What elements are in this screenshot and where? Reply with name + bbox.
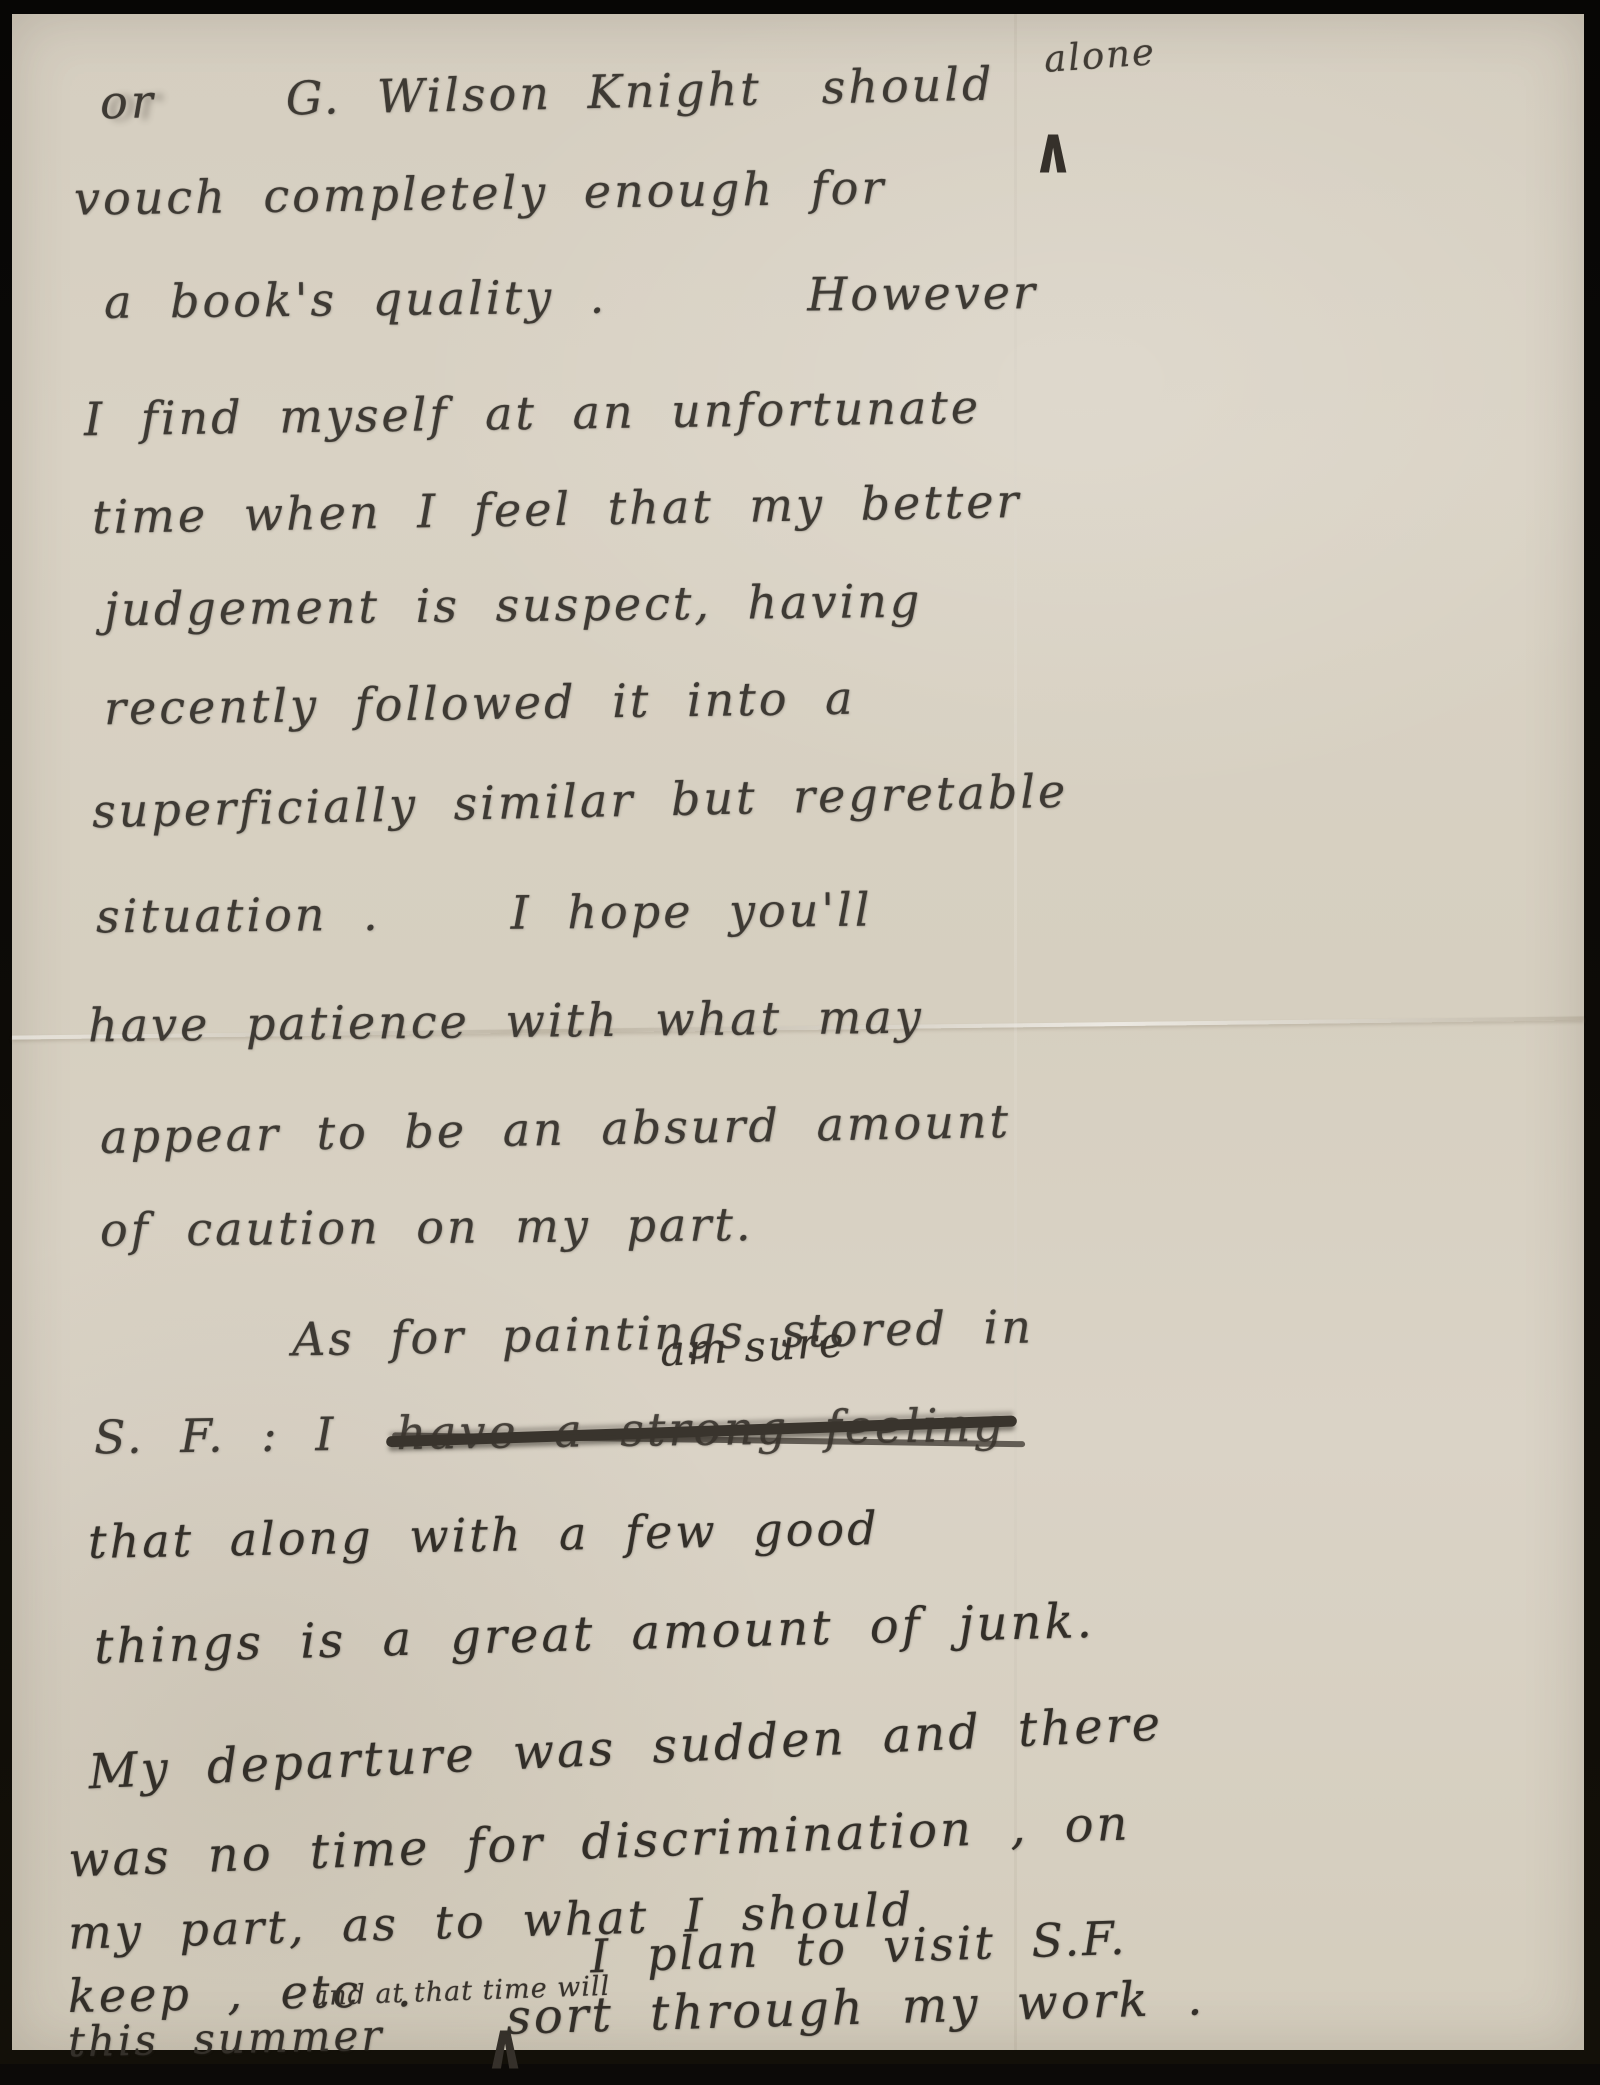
word-or: or	[100, 74, 157, 129]
letter-line: time when I feel that my better	[92, 474, 1022, 544]
word-however: However	[807, 265, 1038, 321]
line-text: S. F. : I	[94, 1407, 337, 1464]
scan-background: orG. Wilson Knightshould alone ∧ vouch c…	[0, 0, 1600, 2064]
letter-line: a book's quality .However	[104, 265, 1038, 329]
letter-line: have patience with what may	[88, 990, 924, 1053]
letter-line: that along with a few good	[88, 1501, 880, 1569]
letter-line: I find myself at an unfortunate	[84, 380, 982, 447]
line-text: a book's quality .	[104, 270, 608, 329]
letter-line: superficially similar but regretable	[92, 764, 1069, 838]
line-text: I hope you'll	[510, 883, 872, 940]
inserted-phrase-am-sure: am sure	[659, 1317, 847, 1376]
letter-line: appear to be an absurd amount	[100, 1094, 1012, 1164]
struck-through-text: have a strong feeling	[396, 1398, 1006, 1461]
letter-line: was no time for discrimination , on	[67, 1795, 1131, 1888]
letter-line: vouch completely enough for	[74, 160, 887, 225]
letter-line: orG. Wilson Knightshould	[100, 57, 995, 130]
letter-page: orG. Wilson Knightshould alone ∧ vouch c…	[12, 14, 1584, 2050]
letter-line: of caution on my part.	[100, 1197, 754, 1257]
word-should: should	[821, 57, 995, 115]
letter-line: this summer	[68, 2011, 385, 2064]
line-text: situation .	[96, 887, 381, 943]
inserted-word-alone: alone	[1043, 30, 1158, 81]
letter-line: situation .I hope you'll	[96, 883, 873, 944]
letter-line: judgement is suspect, having	[104, 574, 923, 637]
letter-line: S. F. : Ihave a strong feeling	[94, 1398, 1006, 1465]
letter-line: recently followed it into a	[104, 671, 856, 735]
caret-insertion-mark: ∧	[1032, 112, 1074, 188]
name-g-wilson-knight: G. Wilson Knight	[285, 62, 762, 126]
letter-line: My departure was sudden and there	[87, 1696, 1164, 1801]
letter-line: things is a great amount of junk.	[93, 1593, 1095, 1675]
